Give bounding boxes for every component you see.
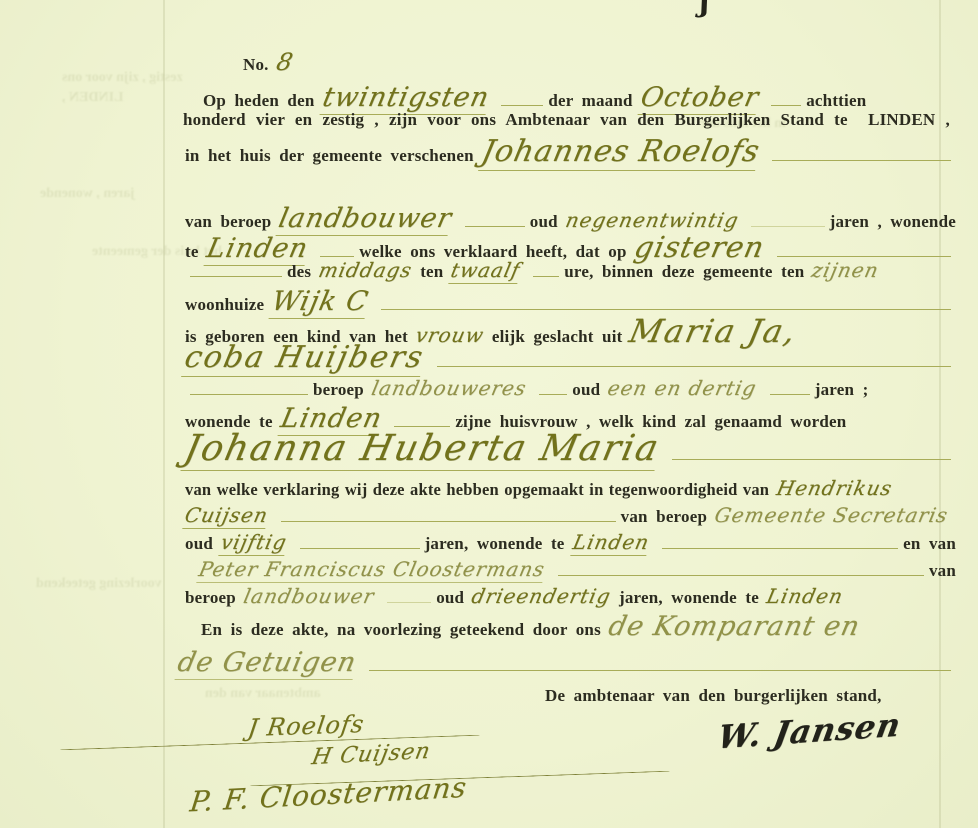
entry-witness1-occupation: Gemeente Secretaris <box>713 503 951 527</box>
entry-mother-age: een en dertig <box>606 376 760 400</box>
rule-line <box>437 366 951 367</box>
rule-line <box>190 394 308 395</box>
ghost-text: jaren , wonende <box>40 186 135 202</box>
akte-line-signing-2: de Getuigen <box>178 647 956 680</box>
rule-line <box>369 670 951 671</box>
printed-text: En is deze akte, na voorlezing geteekend… <box>185 620 601 640</box>
printed-text: oud <box>185 534 213 554</box>
entry-hour: twaalf <box>449 258 523 284</box>
akte-line-witness2: Peter Franciscus Cloostermans van <box>185 557 956 583</box>
akte-line-child-name: Johanna Huberta Maria <box>185 428 956 471</box>
signature-comparant: J Roelofs <box>246 710 366 742</box>
printed-text: der maand <box>548 91 632 111</box>
printed-text: ure, binnen deze gemeente ten <box>564 262 804 282</box>
printed-text: jaren , wonende <box>830 212 956 232</box>
entry-witness2-age: drieendertig <box>470 584 614 608</box>
printed-text: oud <box>530 212 558 232</box>
printed-text: Op heden den <box>203 91 315 111</box>
rule-line <box>320 256 354 257</box>
entry-mother-occupation: landbouweres <box>369 376 528 400</box>
entry-declarant-name: Johannes Roelofs <box>478 134 763 171</box>
printed-text: beroep <box>313 380 364 400</box>
birth-certificate-page: ʃ zestig , zijn voor ons LINDEN , jaren … <box>0 0 978 828</box>
page-fold-line-left <box>163 0 165 828</box>
entry-witness1-surname: Cuijsen <box>182 503 270 529</box>
entry-witness1-residence: Linden <box>570 530 652 556</box>
rule-line <box>777 256 951 257</box>
akte-line-year-place: honderd vier en zestig , zijn voor ons A… <box>183 110 950 130</box>
entry-daypart: middags <box>317 258 415 282</box>
printed-text: van welke verklaring wij deze akte hebbe… <box>185 480 769 500</box>
akte-line-mother-occupation: beroep landbouweres oud een en dertig ja… <box>185 376 956 400</box>
signature-witness2: P. F. Cloostermans <box>188 771 469 819</box>
rule-line <box>772 160 951 161</box>
akte-line-witness1: Cuijsen van beroep Gemeente Secretaris <box>185 503 956 529</box>
akte-line-declarant: in het huis der gemeente verschenen Joha… <box>185 134 956 171</box>
ghost-text: LINDEN , <box>62 90 123 106</box>
record-number-label: No. <box>243 55 269 75</box>
ghost-text: ambtenaar van den <box>205 686 321 702</box>
entry-mother-name-part2: coba Huijbers <box>181 340 427 377</box>
entry-witness1-firstname: Hendrikus <box>775 476 895 500</box>
rule-line <box>394 426 450 427</box>
rule-line <box>300 548 420 549</box>
closing-statement: De ambtenaar van den burgerlijken stand, <box>545 686 882 706</box>
rule-line <box>501 105 543 106</box>
cut-off-ink-stroke: ʃ <box>700 0 710 19</box>
akte-line-witness2-age: beroep landbouwer oud drieendertig jaren… <box>185 584 956 608</box>
record-number-line: No. 8 <box>243 48 956 76</box>
entry-witness2-occupation: landbouwer <box>241 584 376 608</box>
printed-text: jaren, wonende te <box>619 588 759 608</box>
entry-witness1-age: vijftig <box>218 530 289 556</box>
printed-text: jaren, wonende te <box>425 534 565 554</box>
akte-line-signing: En is deze akte, na voorlezing geteekend… <box>185 611 956 642</box>
entry-whose-house: zijnen <box>810 258 882 282</box>
signature-official: W. Jansen <box>715 705 904 756</box>
printed-text: van beroep <box>621 507 707 527</box>
rule-line <box>539 394 567 395</box>
printed-text: van beroep <box>185 212 271 232</box>
printed-text: van <box>929 561 956 581</box>
rule-line <box>465 226 525 227</box>
rule-line <box>771 105 801 106</box>
entry-signed-by-2: de Getuigen <box>174 647 359 680</box>
rule-line <box>662 548 898 549</box>
akte-line-mother-name: coba Huijbers <box>185 340 956 377</box>
rule-line <box>558 575 924 576</box>
printed-text: des <box>287 262 311 282</box>
signature-witness1: H Cuijsen <box>310 739 433 770</box>
printed-text: achttien <box>806 91 866 111</box>
record-number-value: 8 <box>274 48 296 76</box>
printed-text: oud <box>572 380 600 400</box>
printed-text: beroep <box>185 588 236 608</box>
printed-text: in het huis der gemeente verschenen <box>185 146 474 166</box>
ghost-text: voorlezing geteekend <box>36 576 162 592</box>
akte-line-witness1-age: oud vijftig jaren, wonende te Linden en … <box>185 530 956 556</box>
entry-declarant-age: negenentwintig <box>563 208 741 232</box>
rule-line <box>387 602 431 603</box>
rule-line <box>533 276 559 277</box>
entry-child-name: Johanna Huberta Maria <box>180 428 663 471</box>
entry-witness2-residence: Linden <box>764 584 845 608</box>
rule-line <box>672 459 951 460</box>
rule-line <box>281 521 616 522</box>
printed-text: jaren ; <box>815 380 869 400</box>
akte-line-witness-intro: van welke verklaring wij deze akte hebbe… <box>185 476 956 500</box>
entry-witness2-name: Peter Franciscus Cloostermans <box>196 557 547 583</box>
printed-text: ten <box>420 262 443 282</box>
akte-line-time: des middags ten twaalf ure, binnen deze … <box>185 258 956 284</box>
rule-line <box>381 309 951 310</box>
rule-line <box>770 394 810 395</box>
printed-text: en van <box>903 534 956 554</box>
entry-signed-by: de Komparant en <box>606 611 863 642</box>
rule-line <box>751 226 824 227</box>
printed-text: oud <box>436 588 464 608</box>
rule-line <box>190 276 282 277</box>
